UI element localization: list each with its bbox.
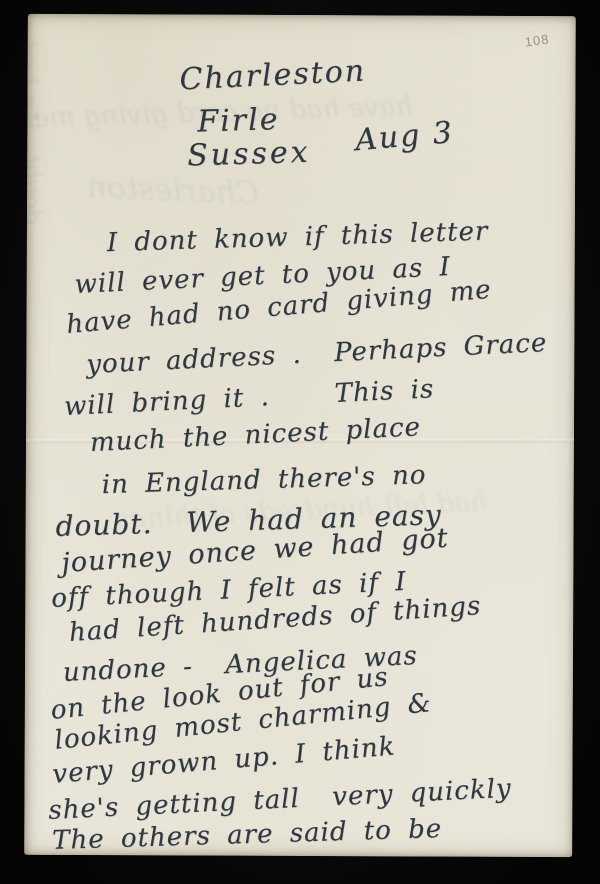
- letter-page: have had no card giving me Charleston do…: [24, 14, 576, 857]
- handwritten-line: much the nicest place: [89, 412, 421, 458]
- letter-body: I dont know if this letterwill ever get …: [24, 14, 576, 857]
- handwritten-line: your address . Perhaps Grace: [86, 328, 548, 380]
- photo-background: have had no card giving me Charleston do…: [0, 0, 600, 884]
- handwritten-line: in England there's no: [101, 460, 426, 500]
